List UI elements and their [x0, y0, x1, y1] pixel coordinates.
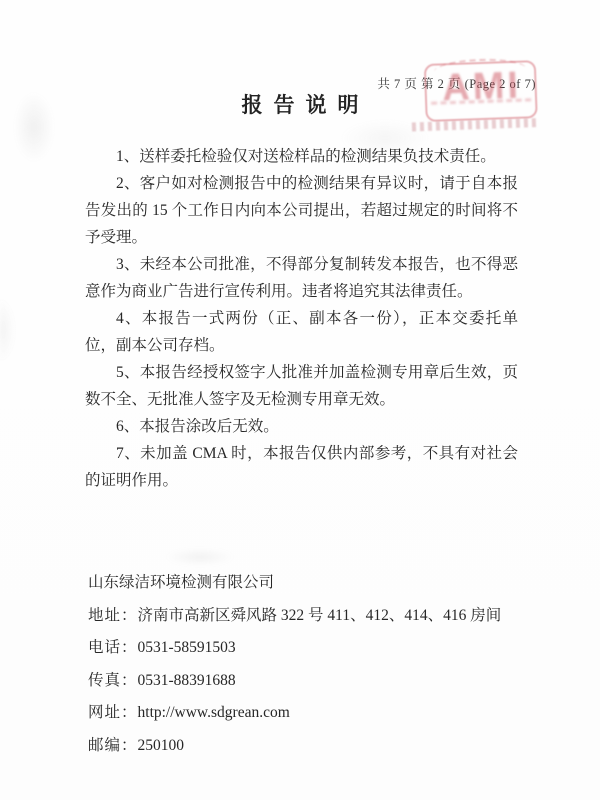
postcode-value: 250100	[138, 737, 185, 754]
fax-label: 传真：	[88, 672, 138, 689]
address-value: 济南市高新区舜风路 322 号 411、412、414、416 房间	[138, 607, 502, 624]
note-item-5: 5、本报告经授权签字人批准并加盖检测专用章后生效，页数不全、无批准人签字及无检测…	[85, 359, 518, 413]
page-title: 报告说明	[0, 89, 600, 119]
company-website: 网址：http://www.sdgrean.com	[88, 697, 548, 730]
company-address: 地址：济南市高新区舜风路 322 号 411、412、414、416 房间	[88, 600, 548, 633]
note-item-7: 7、未加盖 CMA 时，本报告仅供内部参考，不具有对社会的证明作用。	[85, 440, 518, 494]
stamp-code-digits	[412, 118, 538, 131]
website-label: 网址：	[88, 704, 138, 721]
website-value: http://www.sdgrean.com	[138, 704, 290, 721]
company-fax: 传真：0531-88391688	[88, 665, 548, 698]
report-notes: 1、送样委托检验仅对送检样品的检测结果负技术责任。 2、客户如对检测报告中的检测…	[85, 143, 518, 494]
scan-artifact	[0, 300, 14, 360]
company-name-text: 山东绿洁环境检测有限公司	[88, 574, 274, 591]
note-item-4: 4、本报告一式两份（正、副本各一份），正本交委托单位，副本公司存档。	[85, 305, 518, 359]
company-name: 山东绿洁环境检测有限公司	[88, 567, 548, 600]
company-postcode: 邮编：250100	[88, 730, 548, 763]
phone-label: 电话：	[88, 639, 138, 656]
address-label: 地址：	[88, 607, 138, 624]
note-item-1: 1、送样委托检验仅对送检样品的检测结果负技术责任。	[85, 143, 518, 170]
phone-value: 0531-58591503	[138, 639, 236, 656]
note-item-6: 6、本报告涂改后无效。	[85, 413, 518, 440]
scanned-report-page: 共 7 页 第 2 页 (Page 2 of 7) AMI 报告说明 1、送样委…	[0, 0, 600, 800]
company-phone: 电话：0531-58591503	[88, 632, 548, 665]
note-item-3: 3、未经本公司批准，不得部分复制转发本报告，也不得恶意作为商业广告进行宣传利用。…	[85, 251, 518, 305]
postcode-label: 邮编：	[88, 737, 138, 754]
note-item-2: 2、客户如对检测报告中的检测结果有异议时，请于自本报告发出的 15 个工作日内向…	[85, 170, 518, 251]
company-info-block: 山东绿洁环境检测有限公司 地址：济南市高新区舜风路 322 号 411、412、…	[88, 567, 548, 762]
fax-value: 0531-88391688	[138, 672, 236, 689]
scan-artifact	[165, 548, 235, 566]
